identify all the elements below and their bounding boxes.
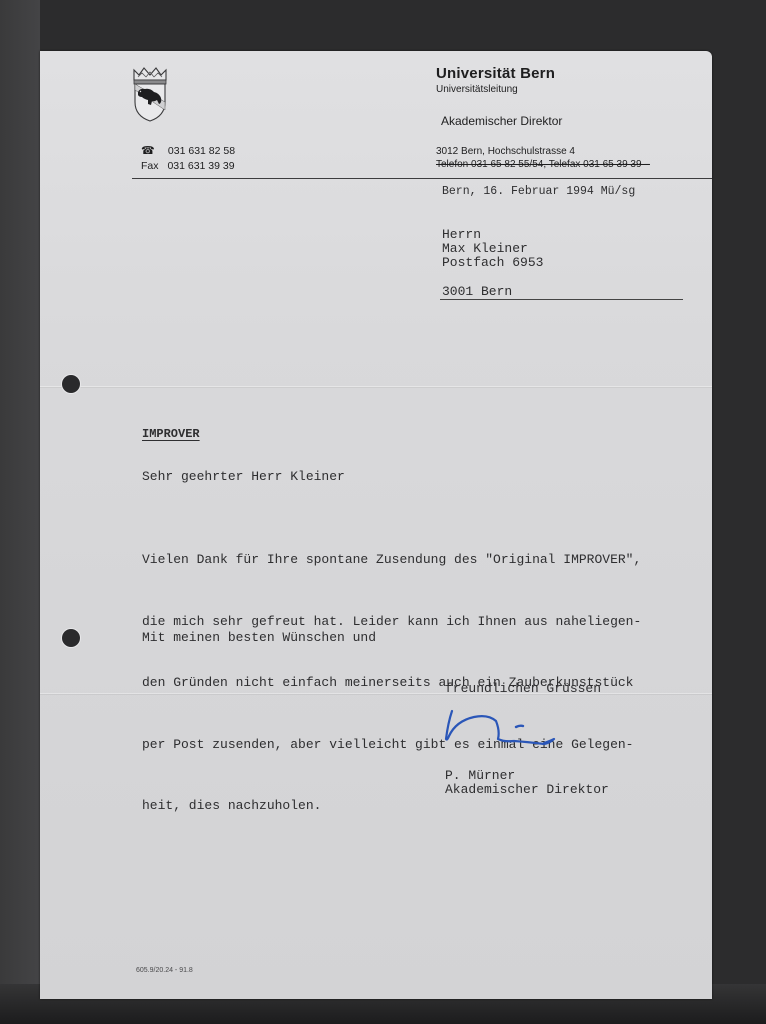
address-rule [440,299,683,300]
form-code: 605.9/20.24 - 91.8 [136,967,193,974]
phone-line: ☎ 031 631 82 58 [141,145,235,157]
fax-number: 031 631 39 39 [167,160,234,172]
old-contact-struck: Telefon 031 65 82 55/54, Telefax 031 65 … [436,159,650,170]
fax-label: Fax [141,160,159,172]
recipient-po-box: Postfach 6953 [442,255,543,270]
punch-hole [62,629,80,647]
institution-name: Universität Bern [436,65,555,82]
signer-title: Akademischer Direktor [445,782,609,797]
address: 3012 Bern, Hochschulstrasse 4 [436,146,575,157]
body-line: heit, dies nachzuholen. [142,796,702,817]
department-name: Universitätsleitung [436,84,518,95]
body-line: den Gründen nicht einfach meinerseits au… [142,673,702,694]
signer-name: P. Mürner [445,768,515,783]
recipient-city: 3001 Bern [442,284,512,299]
handwritten-signature [444,709,564,749]
phone-number: 031 631 82 58 [168,145,235,157]
date-line: Bern, 16. Februar 1994 Mü/sg [442,185,635,198]
closing-line-1: Mit meinen besten Wünschen und [142,630,376,645]
telephone-icon: ☎ [141,146,153,157]
fax-line: Fax 031 631 39 39 [141,160,235,172]
letter-sheet: ☎ 031 631 82 58 Fax 031 631 39 39 Univer… [40,51,712,999]
body-line: Vielen Dank für Ihre spontane Zusendung … [142,550,702,571]
fold-line [40,386,712,387]
body-line: die mich sehr gefreut hat. Leider kann i… [142,612,702,633]
greeting: Sehr geehrter Herr Kleiner [142,469,345,484]
letter-body: Vielen Dank für Ihre spontane Zusendung … [142,509,702,858]
desk-surface-left [0,0,40,1024]
body-line: per Post zusenden, aber vielleicht gibt … [142,735,702,756]
closing-line-2: freundlichen Grüssen [445,681,601,696]
recipient-salutation: Herrn [442,227,481,242]
header-rule [132,178,712,179]
office-name: Akademischer Direktor [441,114,562,128]
bern-bear-crest-icon [132,66,168,122]
recipient-name: Max Kleiner [442,241,528,256]
punch-hole [62,375,80,393]
subject-line: IMPROVER [142,427,200,441]
